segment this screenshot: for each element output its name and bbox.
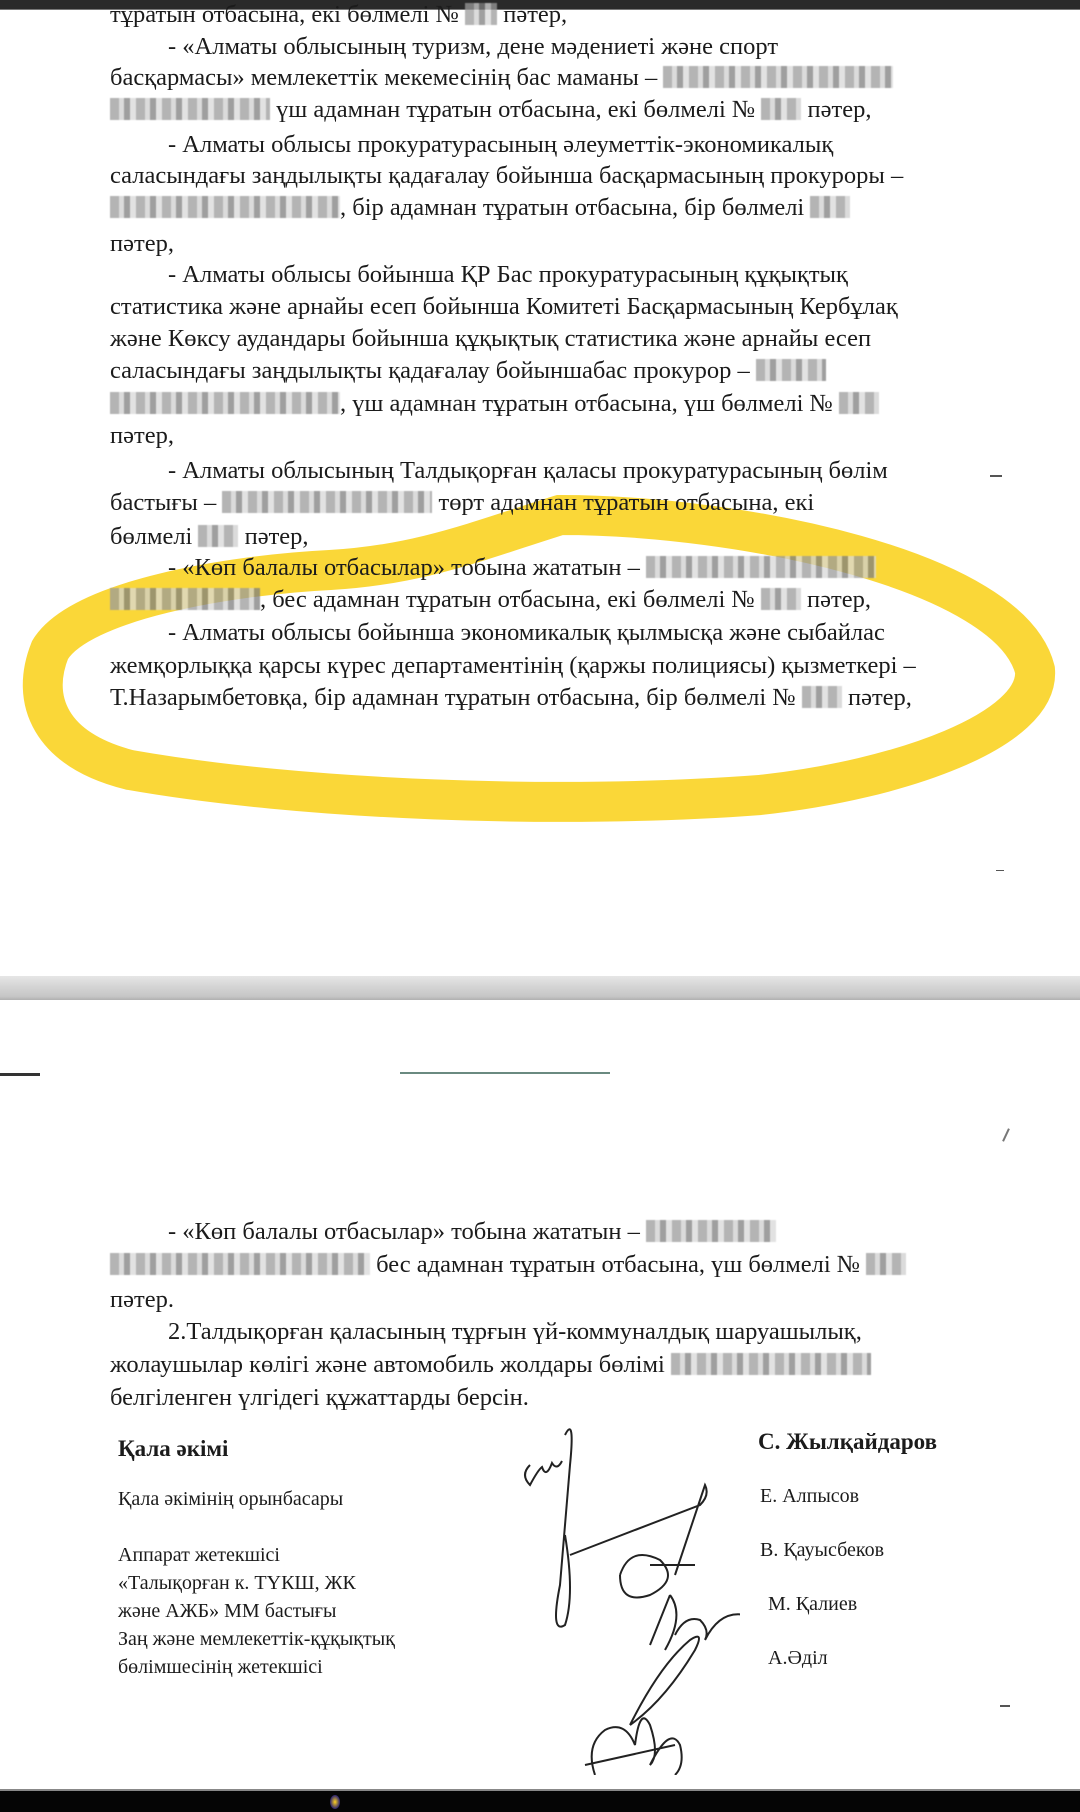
document-line: Т.Назарымбетовқа, бір адамнан тұратын от… bbox=[110, 683, 968, 713]
document-line: - Алматы облысы бойынша экономикалық қыл… bbox=[110, 618, 968, 648]
document-line: - Алматы облысының Талдықорған қаласы пр… bbox=[110, 456, 968, 486]
signatory-role: Заң және мемлекеттік-құқықтық bbox=[118, 1625, 395, 1653]
document-line: басқармасы» мемлекеттік мекемесінің бас … bbox=[110, 63, 968, 93]
document-line: - «Көп балалы отбасылар» тобына жататын … bbox=[110, 553, 968, 583]
redacted-text bbox=[110, 196, 340, 218]
redacted-text bbox=[671, 1353, 871, 1375]
signatory-role: «Талықорған к. ТҮКШ, ЖК bbox=[118, 1569, 395, 1597]
document-line: және Көксу аудандары бойынша құқықтық ст… bbox=[110, 324, 968, 354]
signatory-name: В. Қауысбеков bbox=[758, 1536, 937, 1564]
redacted-text bbox=[110, 588, 260, 610]
redacted-text bbox=[866, 1253, 906, 1275]
document-line: жемқорлыққа қарсы күрес департаментінің … bbox=[110, 651, 968, 681]
redacted-text bbox=[646, 556, 876, 578]
document-line: , бес адамнан тұратын отбасына, екі бөлм… bbox=[110, 585, 968, 615]
document-line: саласындағы заңдылықты қадағалау бойынша… bbox=[110, 161, 968, 191]
redacted-text bbox=[110, 392, 340, 414]
mayor-title: Қала әкімі bbox=[118, 1435, 395, 1463]
document-line: бес адамнан тұратын отбасына, үш бөлмелі… bbox=[110, 1250, 968, 1280]
document-line: - «Алматы облысының туризм, дене мәдение… bbox=[110, 32, 968, 62]
redacted-text bbox=[198, 525, 238, 547]
document-line: пәтер, bbox=[110, 229, 968, 259]
document-line: үш адамнан тұратын отбасына, екі бөлмелі… bbox=[110, 95, 968, 125]
document-line: - Алматы облысы бойынша ҚР Бас прокурату… bbox=[110, 260, 968, 290]
document-page-1: тұратын отбасына, екі бөлмелі № пәтер,- … bbox=[0, 10, 1080, 976]
signatory-name: М. Қалиев bbox=[758, 1590, 937, 1618]
signatory-name: А.Әділ bbox=[758, 1644, 937, 1672]
redacted-text bbox=[646, 1220, 776, 1242]
viewer-bottom-bar bbox=[0, 1789, 1080, 1812]
deputy-title: Қала әкімінің орынбасары bbox=[118, 1485, 395, 1513]
document-line: саласындағы заңдылықты қадағалау бойынша… bbox=[110, 356, 968, 386]
redacted-text bbox=[663, 66, 893, 88]
redacted-text bbox=[761, 98, 801, 120]
redacted-text bbox=[465, 3, 497, 25]
redacted-text bbox=[110, 1253, 370, 1275]
redacted-text bbox=[761, 588, 801, 610]
document-line: жолаушылар көлігі және автомобиль жолдар… bbox=[110, 1350, 968, 1380]
signatory-role: және АЖБ» ММ бастығы bbox=[118, 1597, 395, 1625]
signature-right-column: С. Жылқайдаров Е. АлпысовВ. ҚауысбековМ.… bbox=[758, 1428, 937, 1672]
document-line: - Алматы облысы прокуратурасының әлеумет… bbox=[110, 130, 968, 160]
signatory-role: бөлімшесінің жетекшісі bbox=[118, 1653, 395, 1681]
document-line: , бір адамнан тұратын отбасына, бір бөлм… bbox=[110, 193, 968, 223]
redacted-text bbox=[110, 98, 270, 120]
redacted-text bbox=[756, 359, 826, 381]
document-page-2: - «Көп балалы отбасылар» тобына жататын … bbox=[0, 1000, 1080, 1788]
handwritten-signatures bbox=[500, 1405, 740, 1775]
document-line: , үш адамнан тұратын отбасына, үш бөлмел… bbox=[110, 389, 968, 419]
redacted-text bbox=[839, 392, 879, 414]
document-line: пәтер. bbox=[110, 1285, 968, 1315]
document-line: 2.Талдықорған қаласының тұрғын үй-коммун… bbox=[110, 1317, 968, 1347]
signatory-role: Аппарат жетекшісі bbox=[118, 1541, 395, 1569]
page-separator bbox=[0, 976, 1080, 1000]
document-line: пәтер, bbox=[110, 421, 968, 451]
redacted-text bbox=[802, 686, 842, 708]
document-line: бастығы – төрт адамнан тұратын отбасына,… bbox=[110, 488, 968, 518]
signatory-name: Е. Алпысов bbox=[758, 1482, 937, 1510]
document-line: статистика және арнайы есеп бойынша Коми… bbox=[110, 292, 968, 322]
head-signatory-name: С. Жылқайдаров bbox=[758, 1428, 937, 1456]
document-line: тұратын отбасына, екі бөлмелі № пәтер, bbox=[110, 0, 968, 30]
signature-left-column: Қала әкімі Қала әкімінің орынбасары Аппа… bbox=[118, 1435, 395, 1681]
document-line: бөлмелі пәтер, bbox=[110, 522, 968, 552]
redacted-text bbox=[222, 491, 432, 513]
document-line: - «Көп балалы отбасылар» тобына жататын … bbox=[110, 1217, 968, 1247]
redacted-text bbox=[810, 196, 850, 218]
